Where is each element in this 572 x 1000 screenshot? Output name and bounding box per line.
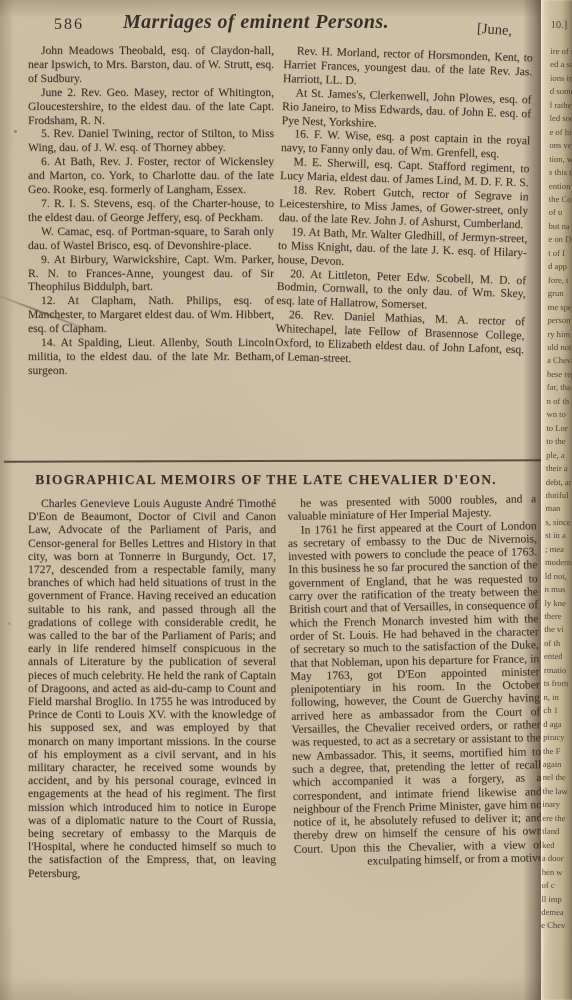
curl-text-fragment: d app [548, 260, 572, 274]
curl-text-fragment: the vi [544, 623, 570, 637]
curl-text-fragment: the Cou [549, 193, 572, 207]
curl-text-fragment: there [544, 610, 570, 624]
curl-text-fragment: hese rep [547, 368, 572, 382]
curl-text-fragment: tland [542, 825, 568, 839]
curl-text-fragment: ire of r [550, 45, 572, 59]
marriage-entry: W. Camac, esq. of Portman-square, to Sar… [28, 225, 274, 253]
curl-text-fragment: a Cheva- [547, 354, 572, 368]
curl-text-fragment: ly kne [544, 596, 570, 610]
marriage-entry: 9. At Birbury, Warwickshire, Capt. Wm. P… [28, 253, 274, 295]
curl-text-fragment: ed a suc [550, 58, 572, 72]
marriage-entry: 6. At Bath, Rev. J. Foster, rector of Wi… [28, 155, 274, 197]
curl-text-fragment: ld not, [545, 570, 571, 584]
curl-text-fragment: ; mea [545, 543, 571, 557]
page-curl-content: 10.] ire of red a sucions ind somel rath… [541, 0, 572, 933]
page-curl-crease-shadow [523, 0, 543, 1000]
memoirs-section-heading: BIOGRAPHICAL MEMOIRS OF THE LATE CHEVALI… [0, 472, 532, 488]
curl-text-fragment: a door [542, 852, 568, 866]
curl-text-fragment: to the [546, 435, 572, 449]
marriage-entry: At St. James's, Clerkenwell, John Plowes… [282, 86, 532, 135]
paper-speck [14, 130, 17, 133]
memoirs-right-column: he was presented with 5000 roubles, and … [287, 492, 543, 869]
curl-text-fragment: s, since [545, 516, 571, 530]
marriage-entry: 14. At Spalding, Lieut. Allenby, South L… [28, 336, 274, 378]
curl-text-fragment: d aga [543, 718, 569, 732]
curl-text-fragment: l rather [550, 99, 572, 113]
curl-text-fragment: piracy [543, 731, 569, 745]
curl-text-fragment: far, tha [547, 381, 572, 395]
curl-text-fragment: fore, t [548, 274, 572, 288]
curl-text-fragment: e Chev [541, 919, 567, 933]
curl-text-fragment: n mus [545, 583, 571, 597]
curl-text-fragment: the law [543, 785, 569, 799]
curl-text-fragment: wn to [546, 408, 572, 422]
curl-text-fragment: st in a [545, 529, 571, 543]
curl-text-fragment: s this t [549, 166, 572, 180]
curl-text-fragment: ons ve [549, 139, 572, 153]
curl-text-fragment: of c [542, 879, 568, 893]
marriage-entry: Rev. H. Morland, rector of Horsmonden, K… [283, 44, 533, 93]
curl-text-fragment: nel the [543, 771, 569, 785]
curl-text-fragment: led soon [550, 112, 572, 126]
curl-text-fragment: ll imp [541, 892, 567, 906]
marriage-entry: John Meadows Theobald, esq. of Claydon-h… [28, 44, 274, 86]
curl-text-fragment: rmatio [544, 664, 570, 678]
curl-text-fragment: hen w [542, 866, 568, 880]
curl-text-fragment: ry him [547, 327, 572, 341]
curl-text-fragment: ere the [542, 812, 568, 826]
marriage-entry: 20. At Littleton, Peter Edw. Scobell, M.… [276, 266, 526, 315]
curl-text-fragment: debt, ar [546, 475, 572, 489]
curl-text-fragment: person to [547, 314, 572, 328]
curl-text-fragment: uld not c [547, 341, 572, 355]
curl-text-fragment: t of I [548, 247, 572, 261]
curl-text-fragment: ple, a [546, 448, 572, 462]
memoirs-left-column: Charles Genevieve Louis Auguste André Ti… [28, 497, 276, 880]
curl-text-fragment: dutiful [546, 489, 572, 503]
curl-text-fragment: tion, wa [549, 153, 572, 167]
curl-text-fragment: ions in [550, 72, 572, 86]
curl-text-fragment: demea [541, 906, 567, 920]
curl-text-fragment: their a [546, 462, 572, 476]
curl-text-fragment: inary [542, 798, 568, 812]
paper-speck [8, 622, 11, 625]
section-divider-rule [4, 459, 544, 462]
marriage-entry: 7. R. I. S. Stevens, esq. of the Charter… [28, 197, 274, 225]
marriage-entry: 12. At Clapham, Nath. Philips, esq. of M… [28, 294, 274, 336]
curl-text-fragment: of th [544, 637, 570, 651]
curl-text-fragment: ention [549, 179, 572, 193]
curl-text-fragment: e of his [549, 126, 572, 140]
scanned-page: 586 Marriages of eminent Persons. [June,… [0, 0, 572, 1000]
marriage-entry: 18. Rev. Robert Gutch, rector of Segrave… [279, 183, 529, 232]
marriage-entry: 5. Rev. Daniel Twining, rector of Stilto… [28, 127, 274, 155]
curl-text-fragment: again [543, 758, 569, 772]
curl-page-number-fragment: 10.] [551, 20, 572, 31]
curl-text-fragment: ch 1 [543, 704, 569, 718]
page-curl-edge: 10.] ire of red a sucions ind somel rath… [541, 0, 572, 1000]
curl-text-fragment: grun [548, 287, 572, 301]
curl-text-fragment: modern [545, 556, 571, 570]
curl-text-fragment: man [545, 502, 571, 516]
marriage-entry: 26. Rev. Daniel Mathias, M. A. rector of… [275, 308, 526, 371]
curl-text-fragment: of u [549, 206, 572, 220]
memoirs-paragraph: In 1761 he first appeared at the Court o… [288, 519, 544, 869]
marriage-entry: 19. At Bath, Mr. Walter Gledhill, of Jer… [277, 225, 527, 274]
curl-text-fragment: ked [542, 839, 568, 853]
header-month-label: [June, [476, 21, 512, 40]
curl-text-fragment: n, in [544, 691, 570, 705]
page-title: Marriages of eminent Persons. [0, 11, 512, 34]
curl-text-fragment: but na [548, 220, 572, 234]
marriage-entry: June 2. Rev. Geo. Masey, rector of Whiti… [28, 86, 274, 128]
marriages-right-column: Rev. H. Morland, rector of Horsmonden, K… [275, 44, 533, 371]
curl-fragment-lines: ire of red a sucions ind somel ratherled… [541, 45, 572, 933]
curl-text-fragment: ts from [544, 677, 570, 691]
memoirs-paragraph: Charles Genevieve Louis Auguste André Ti… [28, 497, 276, 880]
curl-text-fragment: the F [543, 744, 569, 758]
curl-text-fragment: e on D [548, 233, 572, 247]
curl-text-fragment: to Lor [546, 422, 572, 436]
curl-text-fragment: ented [544, 650, 570, 664]
curl-text-fragment: me spec [548, 301, 572, 315]
curl-text-fragment: d some [550, 85, 572, 99]
marriages-left-column: John Meadows Theobald, esq. of Claydon-h… [28, 44, 274, 378]
curl-text-fragment: n of th [547, 395, 572, 409]
